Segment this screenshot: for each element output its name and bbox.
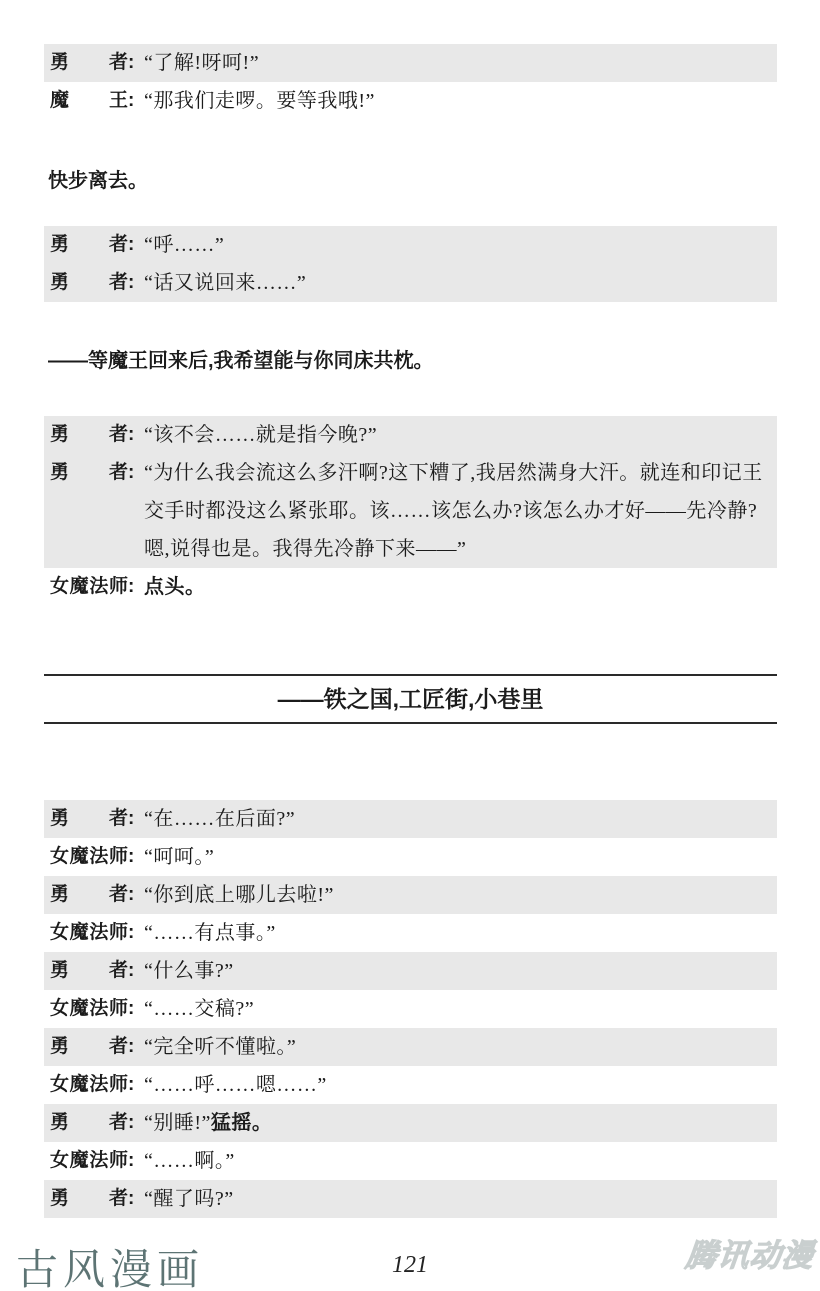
dialogue-cell: “呼……” bbox=[136, 226, 777, 264]
action-line: ——等魔王回来后,我希望能与你同床共枕。 bbox=[48, 346, 777, 376]
speaker-colon: : bbox=[128, 44, 134, 82]
dialogue-text: “醒了吗?” bbox=[144, 1188, 234, 1210]
speaker-label: 勇 者 bbox=[50, 454, 128, 492]
dialogue-cell: “……呼……嗯……” bbox=[136, 1066, 777, 1104]
speaker-colon: : bbox=[128, 952, 134, 990]
speaker-label: 女魔法师 bbox=[50, 990, 128, 1028]
dialogue-text: “了解!呀呵!” bbox=[144, 52, 259, 74]
dialogue-cell: “完全听不懂啦。” bbox=[136, 1028, 777, 1066]
speaker-cell: 勇 者: bbox=[44, 226, 136, 264]
dialogue-cell: “什么事?” bbox=[136, 952, 777, 990]
speaker-label: 女魔法师 bbox=[50, 838, 128, 876]
speaker-colon: : bbox=[128, 1028, 134, 1066]
speaker-cell: 勇 者: bbox=[44, 454, 136, 492]
dialogue-text: “该不会……就是指今晚?” bbox=[144, 424, 377, 446]
speaker-cell: 勇 者: bbox=[44, 952, 136, 990]
speaker-label: 魔 王 bbox=[50, 82, 128, 120]
speaker-label: 女魔法师 bbox=[50, 568, 128, 606]
speaker-cell: 勇 者: bbox=[44, 264, 136, 302]
dialogue-row: 女魔法师: “……啊。” bbox=[44, 1142, 777, 1180]
speaker-colon: : bbox=[128, 838, 134, 876]
dialogue-text: “在……在后面?” bbox=[144, 808, 295, 830]
dialogue-row: 勇 者: “为什么我会流这么多汗啊?这下糟了,我居然满身大汗。就连和印记王交手时… bbox=[44, 454, 777, 568]
speaker-label: 勇 者 bbox=[50, 800, 128, 838]
dialogue-cell: “呵呵。” bbox=[136, 838, 777, 876]
dialogue-cell: “……啊。” bbox=[136, 1142, 777, 1180]
speaker-label: 勇 者 bbox=[50, 416, 128, 454]
speaker-label: 勇 者 bbox=[50, 226, 128, 264]
dialogue-cell: “该不会……就是指今晚?” bbox=[136, 416, 777, 454]
dialogue-cell: “话又说回来……” bbox=[136, 264, 777, 302]
dialogue-text: “你到底上哪儿去啦!” bbox=[144, 884, 334, 906]
speaker-label: 女魔法师 bbox=[50, 914, 128, 952]
dialogue-cell: “醒了吗?” bbox=[136, 1180, 777, 1218]
speaker-colon: : bbox=[128, 1180, 134, 1218]
dialogue-cell: “……交稿?” bbox=[136, 990, 777, 1028]
dialogue-cell: “为什么我会流这么多汗啊?这下糟了,我居然满身大汗。就连和印记王交手时都没这么紧… bbox=[136, 454, 777, 568]
speaker-cell: 勇 者: bbox=[44, 876, 136, 914]
dialogue-text: “别睡!” bbox=[144, 1112, 211, 1134]
dialogue-text: “呼……” bbox=[144, 234, 224, 256]
speaker-label: 勇 者 bbox=[50, 264, 128, 302]
speaker-cell: 女魔法师: bbox=[44, 838, 136, 876]
speaker-cell: 勇 者: bbox=[44, 1028, 136, 1066]
speaker-label: 勇 者 bbox=[50, 876, 128, 914]
speaker-cell: 魔 王: bbox=[44, 82, 136, 120]
scene-title: ——铁之国,工匠街,小巷里 bbox=[278, 686, 544, 712]
dialogue-text: “完全听不懂啦。” bbox=[144, 1036, 296, 1058]
dialogue-text: “那我们走啰。要等我哦!” bbox=[144, 90, 375, 112]
dialogue-row: 勇 者: “了解!呀呵!” bbox=[44, 44, 777, 82]
speaker-colon: : bbox=[128, 416, 134, 454]
dialogue-row: 勇 者: “在……在后面?” bbox=[44, 800, 777, 838]
dialogue-cell: “……有点事。” bbox=[136, 914, 777, 952]
speaker-label: 勇 者 bbox=[50, 1028, 128, 1066]
dialogue-row: 勇 者: “醒了吗?” bbox=[44, 1180, 777, 1218]
speaker-label: 勇 者 bbox=[50, 952, 128, 990]
speaker-colon: : bbox=[128, 876, 134, 914]
speaker-colon: : bbox=[128, 454, 134, 492]
speaker-cell: 女魔法师: bbox=[44, 1066, 136, 1104]
speaker-cell: 女魔法师: bbox=[44, 1142, 136, 1180]
scene-divider: ——铁之国,工匠街,小巷里 bbox=[44, 674, 777, 724]
dialogue-row: 勇 者: “什么事?” bbox=[44, 952, 777, 990]
dialogue-action-text: 猛摇。 bbox=[211, 1112, 273, 1134]
dialogue-text: “……啊。” bbox=[144, 1150, 235, 1172]
dialogue-text: “……有点事。” bbox=[144, 922, 276, 944]
speaker-cell: 勇 者: bbox=[44, 1104, 136, 1142]
dialogue-cell: “那我们走啰。要等我哦!” bbox=[136, 82, 777, 120]
script-page: 勇 者: “了解!呀呵!” 魔 王: “那我们走啰。要等我哦!” 快步离去。 勇… bbox=[0, 0, 820, 1291]
tencent-comics-logo: 腾讯动漫 bbox=[684, 1230, 817, 1275]
dialogue-row: 女魔法师: “呵呵。” bbox=[44, 838, 777, 876]
dialogue-row: 魔 王: “那我们走啰。要等我哦!” bbox=[44, 82, 777, 120]
dialogue-row: 女魔法师: “……呼……嗯……” bbox=[44, 1066, 777, 1104]
dialogue-text: “为什么我会流这么多汗啊?这下糟了,我居然满身大汗。就连和印记王交手时都没这么紧… bbox=[144, 462, 763, 560]
speaker-colon: : bbox=[128, 82, 134, 120]
dialogue-row: 勇 者: “别睡!”猛摇。 bbox=[44, 1104, 777, 1142]
speaker-colon: : bbox=[128, 568, 134, 606]
speaker-label: 勇 者 bbox=[50, 1180, 128, 1218]
dialogue-text: “话又说回来……” bbox=[144, 272, 306, 294]
speaker-label: 女魔法师 bbox=[50, 1066, 128, 1104]
dialogue-cell: “你到底上哪儿去啦!” bbox=[136, 876, 777, 914]
dialogue-row: 勇 者: “完全听不懂啦。” bbox=[44, 1028, 777, 1066]
speaker-cell: 女魔法师: bbox=[44, 914, 136, 952]
speaker-colon: : bbox=[128, 1104, 134, 1142]
speaker-cell: 勇 者: bbox=[44, 1180, 136, 1218]
speaker-colon: : bbox=[128, 914, 134, 952]
dialogue-text: “……交稿?” bbox=[144, 998, 254, 1020]
dialogue-row: 勇 者: “呼……” bbox=[44, 226, 777, 264]
speaker-colon: : bbox=[128, 264, 134, 302]
speaker-cell: 女魔法师: bbox=[44, 568, 136, 606]
speaker-cell: 勇 者: bbox=[44, 416, 136, 454]
dialogue-row: 女魔法师: “……有点事。” bbox=[44, 914, 777, 952]
speaker-colon: : bbox=[128, 1066, 134, 1104]
dialogue-row: 勇 者: “话又说回来……” bbox=[44, 264, 777, 302]
dialogue-cell: “了解!呀呵!” bbox=[136, 44, 777, 82]
speaker-cell: 女魔法师: bbox=[44, 990, 136, 1028]
speaker-colon: : bbox=[128, 226, 134, 264]
dialogue-row: 勇 者: “你到底上哪儿去啦!” bbox=[44, 876, 777, 914]
script-content: 勇 者: “了解!呀呵!” 魔 王: “那我们走啰。要等我哦!” 快步离去。 勇… bbox=[44, 44, 777, 1218]
dialogue-cell: “在……在后面?” bbox=[136, 800, 777, 838]
speaker-cell: 勇 者: bbox=[44, 44, 136, 82]
dialogue-row: 勇 者: “该不会……就是指今晚?” bbox=[44, 416, 777, 454]
speaker-cell: 勇 者: bbox=[44, 800, 136, 838]
dialogue-text: “呵呵。” bbox=[144, 846, 214, 868]
dialogue-row: 女魔法师: 点头。 bbox=[44, 568, 777, 606]
speaker-label: 女魔法师 bbox=[50, 1142, 128, 1180]
dialogue-text: “……呼……嗯……” bbox=[144, 1074, 327, 1096]
dialogue-cell: “别睡!”猛摇。 bbox=[136, 1104, 777, 1142]
speaker-label: 勇 者 bbox=[50, 1104, 128, 1142]
speaker-label: 勇 者 bbox=[50, 44, 128, 82]
speaker-colon: : bbox=[128, 800, 134, 838]
dialogue-text: “什么事?” bbox=[144, 960, 234, 982]
speaker-colon: : bbox=[128, 990, 134, 1028]
action-line: 快步离去。 bbox=[48, 166, 777, 196]
dialogue-cell: 点头。 bbox=[136, 568, 777, 606]
dialogue-row: 女魔法师: “……交稿?” bbox=[44, 990, 777, 1028]
dialogue-action-text: 点头。 bbox=[144, 576, 206, 598]
speaker-colon: : bbox=[128, 1142, 134, 1180]
